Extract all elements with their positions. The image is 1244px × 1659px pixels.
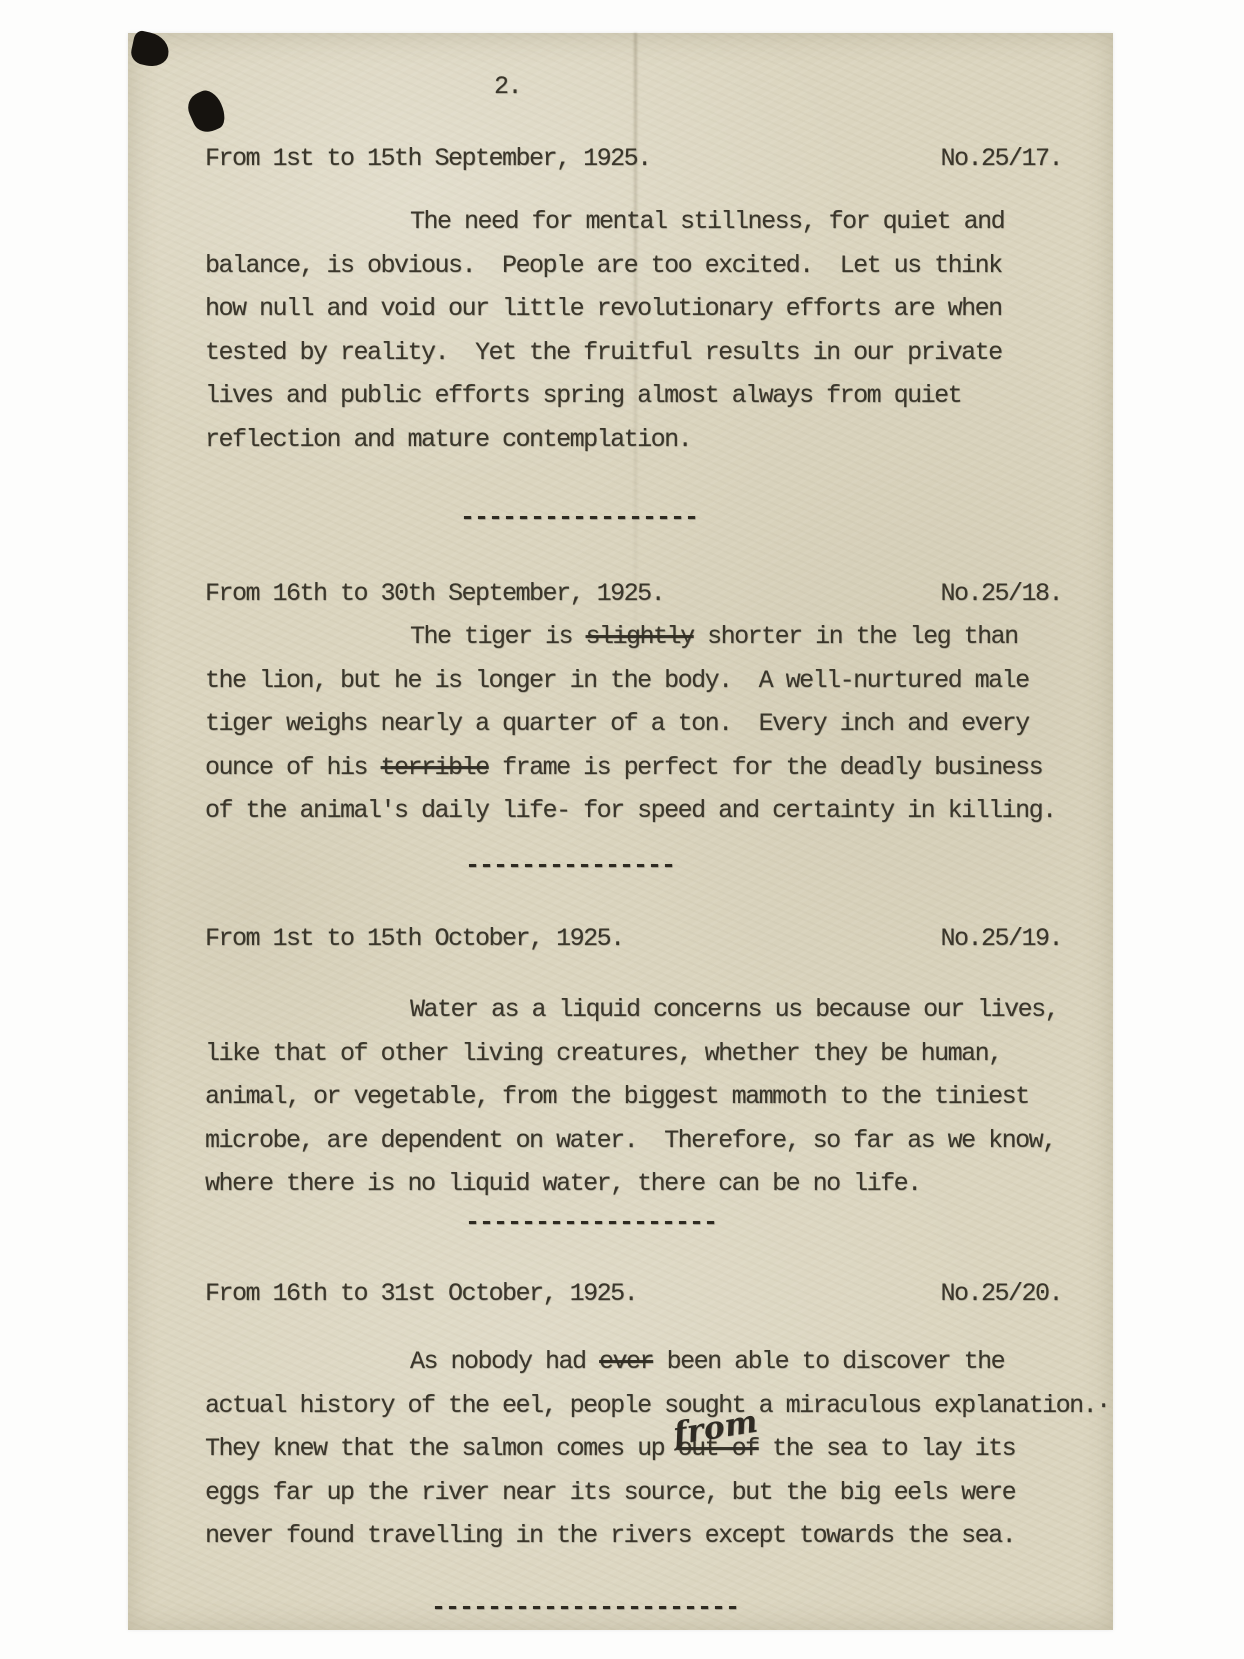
section-divider: ----------------- — [460, 503, 698, 533]
paragraph-line: Water as a liquid concerns us because ou… — [205, 988, 1095, 1032]
struck-word: slightly — [586, 622, 694, 651]
paragraph-line: the lion, but he is longer in the body. … — [205, 659, 1095, 703]
paragraph-line: The tiger is slightly shorter in the leg… — [205, 615, 1095, 659]
ink-blot-top — [129, 30, 172, 70]
section-header: From 16th to 30th September, 1925. No.25… — [205, 572, 1062, 616]
paragraph-line: microbe, are dependent on water. Therefo… — [205, 1119, 1095, 1163]
struck-word: ever — [599, 1347, 653, 1376]
line-segment: ounce of his — [205, 753, 381, 782]
line-segment: been able to discover the — [653, 1347, 1004, 1376]
paragraph-line: reflection and mature contemplation. — [205, 418, 1095, 462]
paragraph-line: The need for mental stillness, for quiet… — [205, 200, 1095, 244]
paragraph-line: They knew that the salmon comes up out o… — [205, 1427, 1095, 1471]
page-number: 2. — [494, 65, 521, 109]
paragraph-line: lives and public efforts spring almost a… — [205, 374, 1095, 418]
paragraph-line: ounce of his terrible frame is perfect f… — [205, 746, 1095, 790]
paragraph-line: like that of other living creatures, whe… — [205, 1032, 1095, 1076]
paragraph-line: actual history of the eel, people sought… — [205, 1384, 1095, 1428]
line-segment: frame is perfect for the deadly business — [489, 753, 1043, 782]
line-segment: shorter in the leg than — [694, 622, 1018, 651]
line-segment: They knew that the salmon comes up — [205, 1434, 678, 1463]
section-divider: ------------------ — [465, 1208, 717, 1238]
paragraph-line: where there is no liquid water, there ca… — [205, 1162, 1095, 1206]
line-segment: As nobody had — [410, 1347, 599, 1376]
section-ref-no: No.25/18. — [940, 572, 1062, 616]
section-divider: ---------------------- — [431, 1593, 739, 1623]
section-date-range: From 1st to 15th October, 1925. — [205, 917, 624, 961]
section-header: From 16th to 31st October, 1925. No.25/2… — [205, 1272, 1062, 1316]
section-date-range: From 1st to 15th September, 1925. — [205, 137, 651, 181]
scanned-document-canvas: 2. From 1st to 15th September, 1925. No.… — [0, 0, 1244, 1659]
paragraph: The need for mental stillness, for quiet… — [205, 200, 1095, 461]
paragraph-line: animal, or vegetable, from the biggest m… — [205, 1075, 1095, 1119]
paragraph-line: never found travelling in the rivers exc… — [205, 1514, 1095, 1558]
paragraph-line: tested by reality. Yet the fruitful resu… — [205, 331, 1095, 375]
paragraph-line: tiger weighs nearly a quarter of a ton. … — [205, 702, 1095, 746]
paragraph-line: As nobody had ever been able to discover… — [205, 1340, 1095, 1384]
section-ref-no: No.25/19. — [940, 917, 1062, 961]
paragraph: As nobody had ever been able to discover… — [205, 1340, 1095, 1558]
ink-blot-second — [183, 86, 230, 137]
section-divider: --------------- — [465, 851, 675, 881]
line-segment: The tiger is — [410, 622, 586, 651]
section-ref-no: No.25/20. — [940, 1272, 1062, 1316]
paragraph-line: of the animal's daily life- for speed an… — [205, 789, 1095, 833]
document-page: 2. From 1st to 15th September, 1925. No.… — [128, 33, 1113, 1630]
section-header: From 1st to 15th September, 1925. No.25/… — [205, 137, 1062, 181]
section-date-range: From 16th to 30th September, 1925. — [205, 572, 664, 616]
section-header: From 1st to 15th October, 1925. No.25/19… — [205, 917, 1062, 961]
section-date-range: From 16th to 31st October, 1925. — [205, 1272, 637, 1316]
section-ref-no: No.25/17. — [940, 137, 1062, 181]
paragraph: The tiger is slightly shorter in the leg… — [205, 615, 1095, 833]
struck-word: terrible — [381, 753, 489, 782]
paragraph-line: balance, is obvious. People are too exci… — [205, 244, 1095, 288]
line-segment: the sea to lay its — [759, 1434, 1016, 1463]
paragraph-line: how null and void our little revolutiona… — [205, 287, 1095, 331]
paragraph: Water as a liquid concerns us because ou… — [205, 988, 1095, 1206]
paragraph-line: eggs far up the river near its source, b… — [205, 1471, 1095, 1515]
